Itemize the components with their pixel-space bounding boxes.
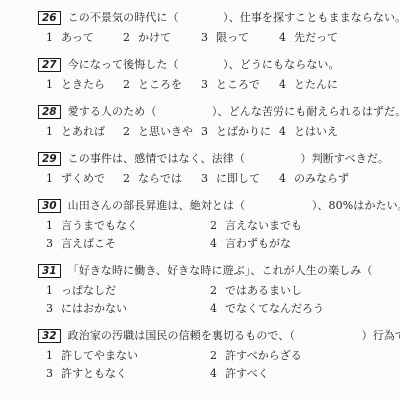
question-block: 29 この事件は、感情ではなく、法律（ ）判断すべきだ。 1ずくめで 2ならでは… bbox=[38, 151, 392, 186]
answer-option: 4とたんに bbox=[279, 77, 392, 92]
option-number: 1 bbox=[46, 77, 53, 92]
option-label: とばかりに bbox=[216, 125, 271, 138]
answer-option: 1っぱなしだ bbox=[46, 283, 210, 298]
option-label: っぱなしだ bbox=[61, 284, 116, 297]
options-group: 1ときたら 2ところを 3ところで 4とたんに bbox=[46, 77, 392, 92]
options-group: 1っぱなしだ 2ではあるまいし 3にはおかない 4でなくてなんだろう bbox=[46, 283, 392, 316]
question-number-box: 29 bbox=[38, 152, 61, 166]
option-label: 許すべく bbox=[225, 367, 269, 380]
option-number: 1 bbox=[46, 348, 53, 363]
option-number: 4 bbox=[210, 366, 217, 381]
option-number: 2 bbox=[123, 30, 130, 45]
question-line: 30 山田さんの部長昇進は、絶対とは（ ）、80%はかたい。 bbox=[38, 198, 392, 213]
answer-option: 2かけて bbox=[123, 30, 201, 45]
option-label: ところで bbox=[216, 78, 260, 91]
option-number: 1 bbox=[46, 218, 53, 233]
option-label: 言えばこそ bbox=[61, 237, 116, 250]
options-group: 1とあれば 2と思いきや 3とばかりに 4とはいえ bbox=[46, 124, 392, 139]
answer-option: 4言わずもがな bbox=[210, 236, 392, 251]
option-label: 許してやまない bbox=[61, 349, 138, 362]
test-page: 26 この不景気の時代に（ ）、仕事を探すこともままならない。 1あって 2かけ… bbox=[0, 0, 400, 400]
question-block: 27 今になって後悔した（ ）、どうにもならない。 1ときたら 2ところを 3と… bbox=[38, 57, 392, 92]
option-number: 3 bbox=[46, 236, 53, 251]
option-label: 許すともなく bbox=[61, 367, 127, 380]
option-label: ならでは bbox=[138, 172, 182, 185]
option-number: 3 bbox=[46, 366, 53, 381]
answer-option: 4とはいえ bbox=[279, 124, 392, 139]
option-label: ところを bbox=[138, 78, 182, 91]
option-label: 言えないまでも bbox=[225, 219, 302, 232]
answer-option: 1言うまでもなく bbox=[46, 218, 210, 233]
option-number: 3 bbox=[201, 171, 208, 186]
answer-option: 3限って bbox=[201, 30, 279, 45]
answer-option: 4先だって bbox=[279, 30, 392, 45]
question-block: 32 政治家の汚職は国民の信頼を裏切るもので、（ ）行為である。 1許してやまな… bbox=[38, 328, 392, 381]
option-number: 4 bbox=[279, 124, 286, 139]
question-text: この事件は、感情ではなく、法律（ ）判断すべきだ。 bbox=[68, 151, 389, 166]
option-label: 言わずもがな bbox=[225, 237, 291, 250]
answer-option: 3言えばこそ bbox=[46, 236, 210, 251]
question-block: 31 「好きな時に働き、好きな時に遊ぶ」、これが人生の楽しみ（ ）。 1っぱなし… bbox=[38, 263, 392, 316]
option-label: でなくてなんだろう bbox=[225, 302, 324, 315]
option-number: 2 bbox=[210, 283, 217, 298]
answer-option: 3許すともなく bbox=[46, 366, 210, 381]
option-number: 1 bbox=[46, 171, 53, 186]
answer-option: 2ではあるまいし bbox=[210, 283, 392, 298]
option-number: 4 bbox=[279, 77, 286, 92]
question-number-box: 28 bbox=[38, 105, 61, 119]
option-label: ではあるまいし bbox=[225, 284, 302, 297]
option-number: 2 bbox=[123, 171, 130, 186]
question-line: 26 この不景気の時代に（ ）、仕事を探すこともままならない。 bbox=[38, 10, 392, 25]
answer-option: 1ずくめで bbox=[46, 171, 123, 186]
answer-option: 3ところで bbox=[201, 77, 279, 92]
question-number-box: 32 bbox=[38, 329, 61, 343]
question-block: 30 山田さんの部長昇進は、絶対とは（ ）、80%はかたい。 1言うまでもなく … bbox=[38, 198, 392, 251]
question-number-box: 31 bbox=[38, 264, 61, 278]
answer-option: 1とあれば bbox=[46, 124, 123, 139]
question-block: 26 この不景気の時代に（ ）、仕事を探すこともままならない。 1あって 2かけ… bbox=[38, 10, 392, 45]
question-text: 今になって後悔した（ ）、どうにもならない。 bbox=[68, 57, 340, 72]
question-number-box: 26 bbox=[38, 11, 61, 25]
options-group: 1ずくめで 2ならでは 3に即して 4のみならず bbox=[46, 171, 392, 186]
option-label: かけて bbox=[138, 31, 171, 44]
option-label: のみならず bbox=[294, 172, 349, 185]
option-number: 1 bbox=[46, 283, 53, 298]
option-label: に即して bbox=[216, 172, 260, 185]
option-label: とたんに bbox=[294, 78, 338, 91]
option-number: 1 bbox=[46, 30, 53, 45]
answer-option: 3に即して bbox=[201, 171, 279, 186]
answer-option: 3にはおかない bbox=[46, 301, 210, 316]
option-label: 先だって bbox=[294, 31, 338, 44]
question-list: 26 この不景気の時代に（ ）、仕事を探すこともままならない。 1あって 2かけ… bbox=[38, 10, 392, 381]
answer-option: 2言えないまでも bbox=[210, 218, 392, 233]
answer-option: 2ならでは bbox=[123, 171, 201, 186]
options-group: 1あって 2かけて 3限って 4先だって bbox=[46, 30, 392, 45]
question-number-box: 30 bbox=[38, 199, 61, 213]
answer-option: 1あって bbox=[46, 30, 123, 45]
option-label: 限って bbox=[216, 31, 249, 44]
question-line: 31 「好きな時に働き、好きな時に遊ぶ」、これが人生の楽しみ（ ）。 bbox=[38, 263, 392, 278]
option-number: 3 bbox=[46, 301, 53, 316]
options-group: 1言うまでもなく 2言えないまでも 3言えばこそ 4言わずもがな bbox=[46, 218, 392, 251]
answer-option: 3とばかりに bbox=[201, 124, 279, 139]
option-label: と思いきや bbox=[138, 125, 193, 138]
question-text: 山田さんの部長昇進は、絶対とは（ ）、80%はかたい。 bbox=[68, 198, 400, 213]
answer-option: 2ところを bbox=[123, 77, 201, 92]
option-label: にはおかない bbox=[61, 302, 127, 315]
question-text: 「好きな時に働き、好きな時に遊ぶ」、これが人生の楽しみ（ ）。 bbox=[68, 263, 400, 278]
options-group: 1許してやまない 2許すべからざる 3許すともなく 4許すべく bbox=[46, 348, 392, 381]
option-number: 2 bbox=[210, 348, 217, 363]
option-label: とはいえ bbox=[294, 125, 338, 138]
option-label: 許すべからざる bbox=[225, 349, 302, 362]
question-line: 29 この事件は、感情ではなく、法律（ ）判断すべきだ。 bbox=[38, 151, 392, 166]
answer-option: 1許してやまない bbox=[46, 348, 210, 363]
question-block: 28 愛する人のため（ ）、どんな苦労にも耐えられるはずだ。 1とあれば 2と思… bbox=[38, 104, 392, 139]
option-number: 4 bbox=[279, 171, 286, 186]
question-text: この不景気の時代に（ ）、仕事を探すこともままならない。 bbox=[68, 10, 400, 25]
answer-option: 4でなくてなんだろう bbox=[210, 301, 392, 316]
option-number: 4 bbox=[279, 30, 286, 45]
option-label: ずくめで bbox=[61, 172, 105, 185]
option-number: 1 bbox=[46, 124, 53, 139]
option-number: 2 bbox=[123, 124, 130, 139]
question-text: 政治家の汚職は国民の信頼を裏切るもので、（ ）行為である。 bbox=[68, 328, 400, 343]
option-label: あって bbox=[61, 31, 94, 44]
option-label: 言うまでもなく bbox=[61, 219, 138, 232]
option-label: ときたら bbox=[61, 78, 105, 91]
question-text: 愛する人のため（ ）、どんな苦労にも耐えられるはずだ。 bbox=[68, 104, 400, 119]
answer-option: 1ときたら bbox=[46, 77, 123, 92]
option-number: 3 bbox=[201, 77, 208, 92]
answer-option: 2と思いきや bbox=[123, 124, 201, 139]
option-number: 3 bbox=[201, 124, 208, 139]
answer-option: 4のみならず bbox=[279, 171, 392, 186]
answer-option: 4許すべく bbox=[210, 366, 392, 381]
option-number: 2 bbox=[123, 77, 130, 92]
option-label: とあれば bbox=[61, 125, 105, 138]
question-number-box: 27 bbox=[38, 58, 61, 72]
option-number: 3 bbox=[201, 30, 208, 45]
option-number: 4 bbox=[210, 236, 217, 251]
question-line: 28 愛する人のため（ ）、どんな苦労にも耐えられるはずだ。 bbox=[38, 104, 392, 119]
option-number: 2 bbox=[210, 218, 217, 233]
question-line: 27 今になって後悔した（ ）、どうにもならない。 bbox=[38, 57, 392, 72]
question-line: 32 政治家の汚職は国民の信頼を裏切るもので、（ ）行為である。 bbox=[38, 328, 392, 343]
answer-option: 2許すべからざる bbox=[210, 348, 392, 363]
option-number: 4 bbox=[210, 301, 217, 316]
